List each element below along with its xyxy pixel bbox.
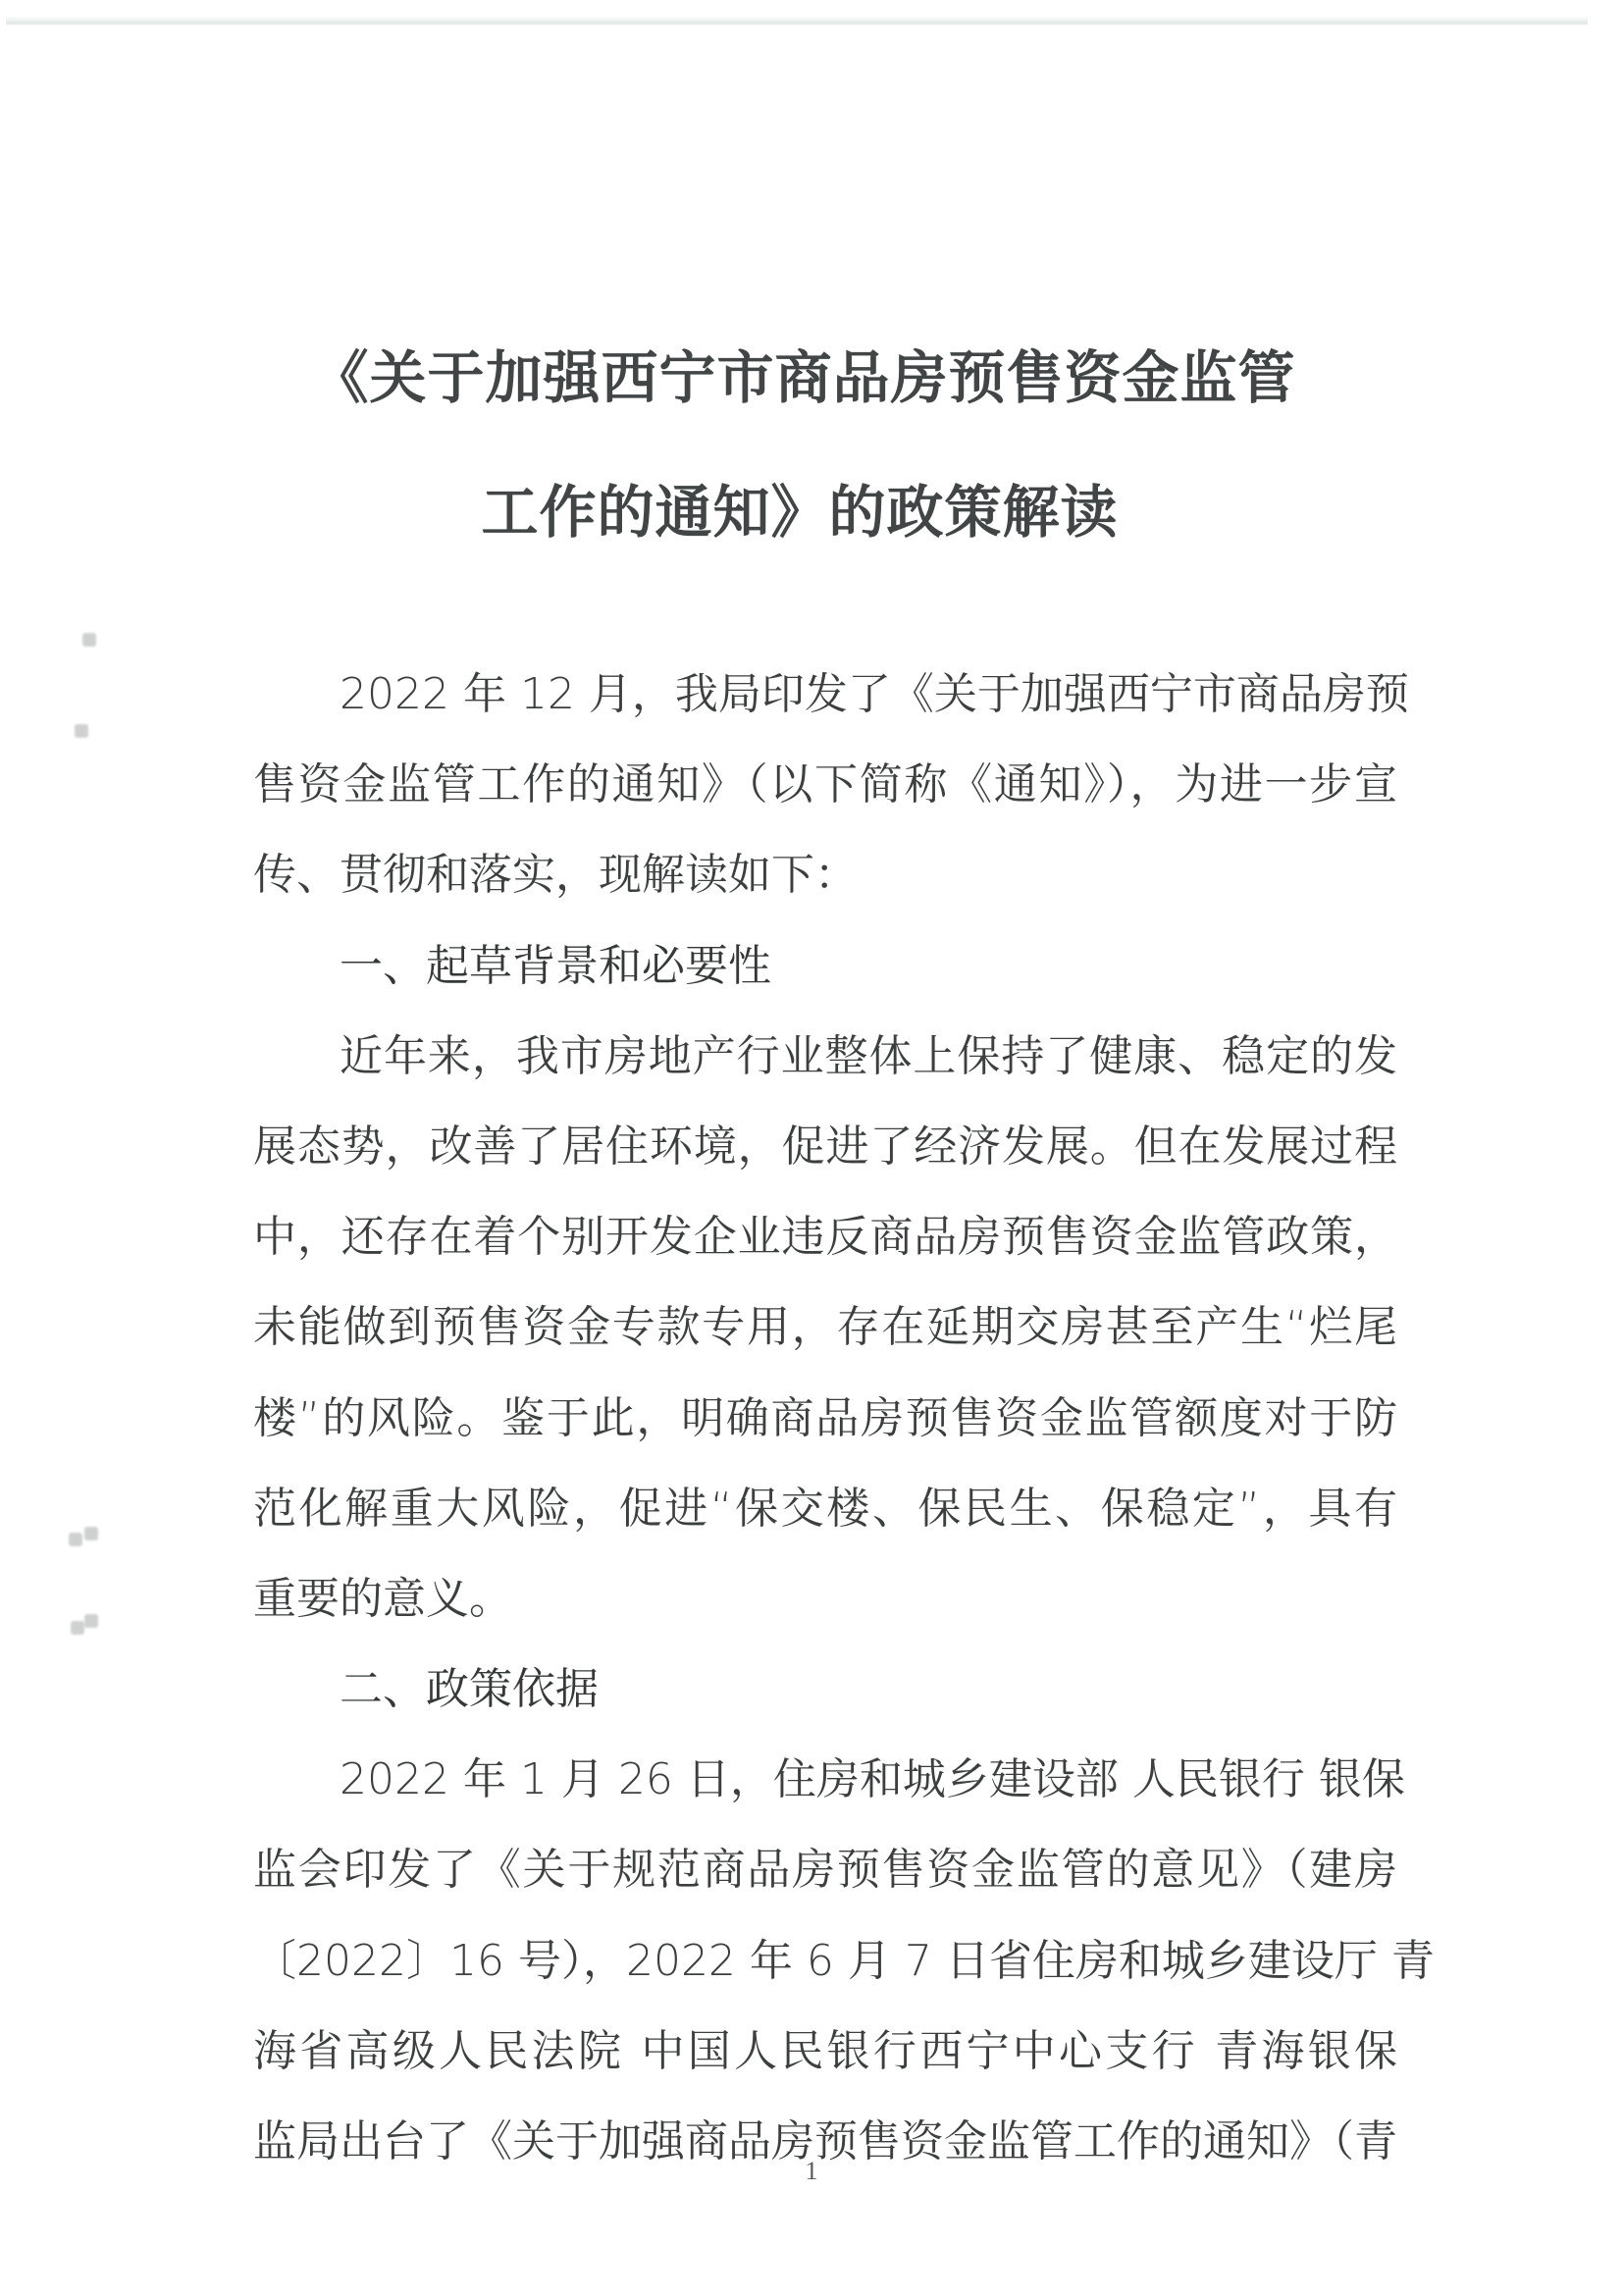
- section-policy-basis: 二、政策依据 2022 年 1 月 26 日，住房和城乡建设部 人民银行 银保 …: [253, 1661, 1397, 2204]
- text-line: 楼”的风险。鉴于此，明确商品房预售资金监管额度对于防: [253, 1390, 1397, 1481]
- text-line: 展态势，改善了居住环境，促进了经济发展。但在发展过程: [253, 1119, 1397, 1209]
- text-line: 传、贯彻和落实，现解读如下：: [253, 847, 1397, 937]
- binding-hole-mark: [71, 1621, 84, 1635]
- document-title-line-1: 《关于加强西宁市商品房预售资金监管: [0, 343, 1615, 412]
- text-line: 售资金监管工作的通知》（以下简称《通知》），为进一步宣: [253, 757, 1397, 847]
- text-line: 近年来，我市房地产行业整体上保持了健康、稳定的发: [253, 1028, 1397, 1119]
- section-background: 一、起草背景和必要性 近年来，我市房地产行业整体上保持了健康、稳定的发 展态势，…: [253, 938, 1397, 1662]
- text-line: 〔2022〕16 号），2022 年 6 月 7 日省住房和城乡建设厅 青: [253, 1933, 1397, 2023]
- document-title-line-2: 工作的通知》的政策解读: [0, 478, 1611, 547]
- scan-top-edge: [6, 16, 1588, 26]
- binding-hole-mark: [82, 633, 96, 647]
- text-line: 海省高级人民法院 中国人民银行西宁中心支行 青海银保: [253, 2023, 1397, 2113]
- section-heading: 一、起草背景和必要性: [253, 938, 1397, 1028]
- binding-hole-mark: [75, 724, 88, 738]
- page-number: 1: [0, 2157, 1623, 2186]
- binding-hole-mark: [84, 1527, 98, 1540]
- text-line: 中，还存在着个别开发企业违反商品房预售资金监管政策，: [253, 1209, 1397, 1299]
- section-heading: 二、政策依据: [253, 1661, 1397, 1751]
- text-line: 范化解重大风险，促进“保交楼、保民生、保稳定”，具有: [253, 1481, 1397, 1571]
- intro-paragraph: 2022 年 12 月，我局印发了《关于加强西宁市商品房预 售资金监管工作的通知…: [253, 666, 1397, 938]
- text-line: 未能做到预售资金专款专用，存在延期交房甚至产生“烂尾: [253, 1299, 1397, 1389]
- text-line: 2022 年 1 月 26 日，住房和城乡建设部 人民银行 银保: [253, 1751, 1397, 1842]
- binding-hole-mark: [84, 1614, 98, 1628]
- binding-hole-mark: [69, 1533, 82, 1546]
- text-line: 重要的意义。: [253, 1571, 1397, 1661]
- text-line: 监会印发了《关于规范商品房预售资金监管的意见》（建房: [253, 1842, 1397, 1932]
- document-body: 2022 年 12 月，我局印发了《关于加强西宁市商品房预 售资金监管工作的通知…: [253, 666, 1397, 2204]
- text-line: 2022 年 12 月，我局印发了《关于加强西宁市商品房预: [253, 666, 1397, 757]
